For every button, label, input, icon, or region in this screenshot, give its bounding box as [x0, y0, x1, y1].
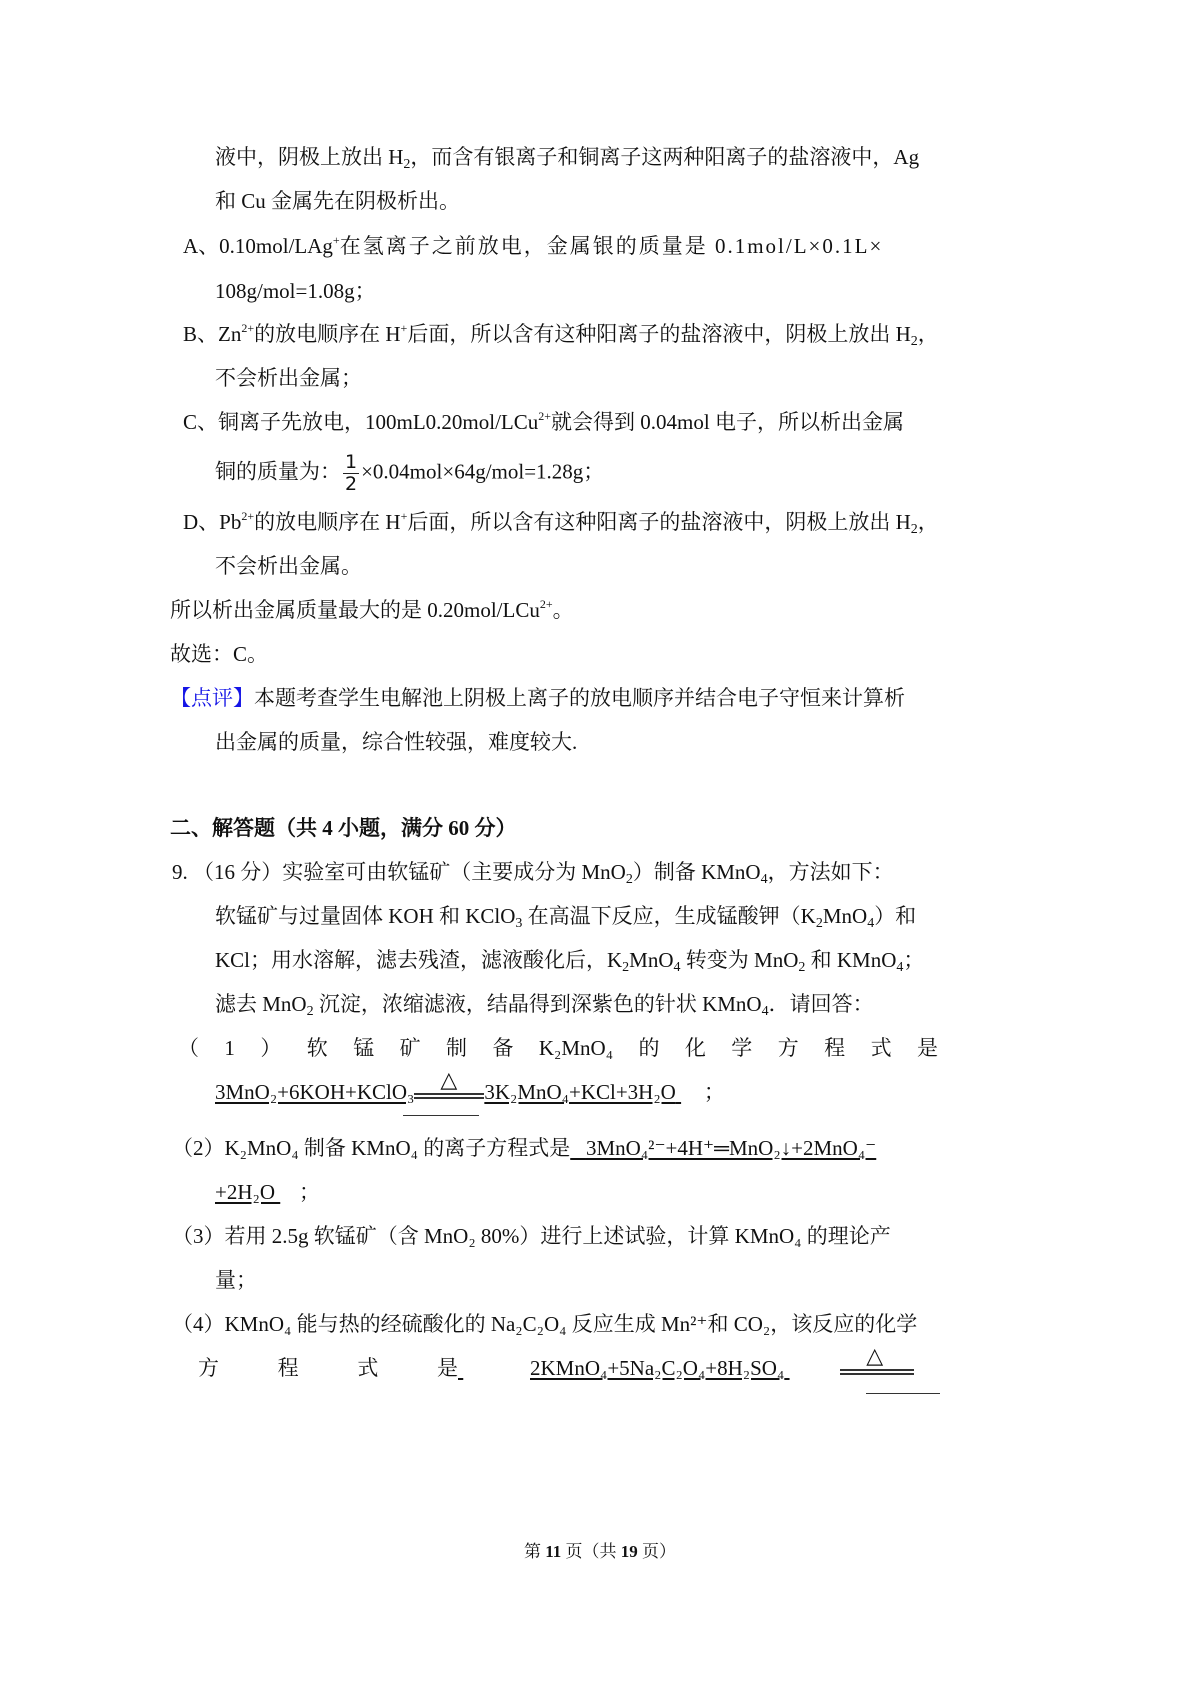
text: ，方法如下： — [768, 860, 894, 884]
spread-char: （ — [178, 1034, 199, 1062]
text: 本题考查学生电解池上阴极上离子的放电顺序并结合电子守恒来计算析 — [254, 686, 905, 710]
text: A、0.10mol/LAg — [183, 234, 333, 258]
text: 的放电顺序在 H — [254, 322, 400, 346]
text: ； — [704, 1080, 725, 1104]
document-page: 液中，阴极上放出 H2，而含有银离子和铜离子这两种阳离子的盐溶液中，Ag 和 C… — [0, 0, 1200, 1698]
spread-char: 学 — [731, 1034, 752, 1062]
option-c-line-2: 铜的质量为：12×0.04mol×64g/mol=1.28g； — [215, 452, 604, 495]
sub-question-2: （2）K₂MnO₄ 制备 KMnO₄ 的离子方程式是 3MnO₄²⁻+4H⁺═M… — [172, 1134, 876, 1162]
option-a-line-2: 108g/mol=1.08g； — [215, 277, 376, 305]
text: MnO — [629, 948, 673, 972]
question-9-stem-4: 滤去 MnO2 沉淀，浓缩滤液，结晶得到深紫色的针状 KMnO4．请回答： — [215, 990, 874, 1018]
text: 二、解答题（共 4 小题，满分 60 分） — [170, 816, 517, 840]
subscript: 2 — [307, 1004, 314, 1019]
superscript: 2+ — [538, 409, 551, 423]
spread-char: 矿 — [400, 1034, 421, 1062]
option-c: C、铜离子先放电，100mL0.20mol/LCu2+就会得到 0.04mol … — [183, 408, 904, 436]
sub-question-4-line-2: 方程式是 2KMnO₄+5Na₂C₂O₄+8H₂SO₄ △ — [198, 1354, 943, 1382]
section-heading: 二、解答题（共 4 小题，满分 60 分） — [170, 814, 517, 842]
text: ．请回答： — [769, 992, 874, 1016]
spread-char: 1 — [224, 1034, 235, 1062]
text: 后面，所以含有这种阳离子的盐溶液中，阴极上放出 H — [407, 510, 910, 534]
spread-char: 方 — [198, 1354, 219, 1382]
text: 页（共 — [561, 1542, 621, 1561]
answer-text: 3MnO₄²⁻+4H⁺═MnO₂↓+2MnO₄⁻ — [586, 1136, 876, 1160]
superscript: 2+ — [241, 509, 254, 523]
spread-char: K₂MnO₄ — [539, 1034, 613, 1062]
text: ， — [918, 322, 939, 346]
spread-char: 式 — [357, 1354, 378, 1382]
text: 和 KMnO — [805, 948, 896, 972]
text: 不会析出金属； — [215, 366, 362, 390]
intro-line-2: 和 Cu 金属先在阴极析出。 — [215, 187, 460, 215]
subscript: 2 — [911, 334, 918, 349]
sub-question-2-line-2: +2H₂O ； — [215, 1178, 320, 1206]
text: 的放电顺序在 H — [254, 510, 400, 534]
spread-char: 是 — [437, 1354, 458, 1382]
question-score: （16 分） — [193, 860, 282, 884]
answer-blank — [570, 1136, 586, 1160]
answer-blank — [784, 1354, 840, 1382]
sub-question-4: （4）KMnO₄ 能与热的经硫酸化的 Na₂C₂O₄ 反应生成 Mn²⁺和 CO… — [172, 1310, 917, 1338]
spread-char: 程 — [824, 1034, 845, 1062]
text: 。 — [553, 598, 574, 622]
subscript: 2 — [911, 522, 918, 537]
spread-char: 制 — [446, 1034, 467, 1062]
total-pages: 19 — [621, 1542, 638, 1561]
text: ）和 — [874, 904, 916, 928]
question-number: 9. — [172, 860, 188, 884]
option-a: A、0.10mol/LAg+在氢离子之前放电，金属银的质量是 0.1mol/L×… — [183, 232, 883, 260]
option-d: D、Pb2+的放电顺序在 H+后面，所以含有这种阳离子的盐溶液中，阴极上放出 H… — [183, 508, 939, 536]
question-9-stem-3: KCl；用水溶解，滤去残渣，滤液酸化后，K2MnO4 转变为 MnO2 和 KM… — [215, 946, 924, 974]
text: D、Pb — [183, 510, 241, 534]
superscript: + — [333, 233, 340, 247]
text: KCl；用水溶解，滤去残渣，滤液酸化后，K — [215, 948, 622, 972]
answer-blank — [275, 1178, 299, 1206]
text: 页） — [638, 1542, 676, 1561]
text: ）制备 KMnO — [633, 860, 761, 884]
superscript: 2+ — [241, 321, 254, 335]
fraction-numerator: 1 — [343, 452, 359, 474]
question-9-stem-2: 软锰矿与过量固体 KOH 和 KClO3 在高温下反应，生成锰酸钾（K2MnO4… — [215, 902, 916, 930]
spread-char: 备 — [492, 1034, 513, 1062]
text: B、Zn — [183, 322, 241, 346]
comment: 【点评】本题考查学生电解池上阴极上离子的放电顺序并结合电子守恒来计算析 — [170, 684, 905, 712]
spread-char: 锰 — [353, 1034, 374, 1062]
spread-char: 软 — [307, 1034, 328, 1062]
intro-line-1: 液中，阴极上放出 H2，而含有银离子和铜离子这两种阳离子的盐溶液中，Ag — [215, 143, 919, 171]
text: （4）KMnO₄ 能与热的经硫酸化的 Na₂C₂O₄ 反应生成 Mn²⁺和 CO… — [172, 1312, 917, 1336]
blank-underline — [403, 1115, 479, 1116]
question-9-stem-1: 9. （16 分）实验室可由软锰矿（主要成分为 MnO2）制备 KMnO4，方法… — [172, 858, 894, 886]
answer-text: 2KMnO₄+5Na₂C₂O₄+8H₂SO₄ — [530, 1356, 784, 1380]
conclusion: 所以析出金属质量最大的是 0.20mol/LCu2+。 — [170, 596, 574, 624]
spread-char: ） — [260, 1034, 281, 1062]
text: 108g/mol=1.08g； — [215, 279, 376, 303]
comment-label: 【点评】 — [170, 686, 254, 710]
sub-question-1-answer: 3MnO₂+6KOH+KClO₃△3K₂MnO₄+KCl+3H₂O ； — [215, 1078, 725, 1106]
subscript: 4 — [674, 960, 681, 975]
text: ； — [903, 948, 924, 972]
blank-underline — [866, 1393, 940, 1394]
fraction: 12 — [343, 452, 359, 495]
spread-char: 是 — [917, 1034, 938, 1062]
spread-char: 化 — [685, 1034, 706, 1062]
text: 转变为 MnO — [681, 948, 799, 972]
text: 液中，阴极上放出 H — [215, 145, 403, 169]
option-b: B、Zn2+的放电顺序在 H+后面，所以含有这种阳离子的盐溶液中，阴极上放出 H… — [183, 320, 939, 348]
delta-icon: △ — [866, 1346, 883, 1368]
text: （3）若用 2.5g 软锰矿（含 MnO₂ 80%）进行上述试验，计算 KMnO… — [172, 1224, 891, 1248]
text: 量； — [215, 1268, 257, 1292]
text: 实验室可由软锰矿（主要成分为 MnO — [282, 860, 626, 884]
sub-question-3-line-2: 量； — [215, 1266, 257, 1294]
text: 铜的质量为： — [215, 459, 341, 483]
text: C、铜离子先放电，100mL0.20mol/LCu — [183, 410, 538, 434]
answer-text: +2H₂O — [215, 1180, 275, 1204]
subscript: 4 — [761, 872, 768, 887]
text: 故选：C。 — [170, 642, 268, 666]
subscript: 4 — [762, 1004, 769, 1019]
text: ，而含有银离子和铜离子这两种阳离子的盐溶液中，Ag — [410, 145, 919, 169]
answer-text: 3MnO₂+6KOH+KClO₃ — [215, 1080, 414, 1104]
text: 第 — [524, 1542, 545, 1561]
answer: 故选：C。 — [170, 640, 268, 668]
text: 在高温下反应，生成锰酸钾（K — [522, 904, 815, 928]
text: ， — [918, 510, 939, 534]
text: 就会得到 0.04mol 电子，所以析出金属 — [551, 410, 904, 434]
heating-condition-arrow: △ — [840, 1354, 914, 1382]
comment-line-2: 出金属的质量，综合性较强，难度较大. — [215, 728, 577, 756]
text: 所以析出金属质量最大的是 0.20mol/LCu — [170, 598, 540, 622]
superscript: 2+ — [540, 597, 553, 611]
page-footer: 第 11 页（共 19 页） — [0, 1537, 1200, 1562]
heating-condition-arrow: △ — [414, 1078, 484, 1106]
subscript: 2 — [816, 916, 823, 931]
answer-text: 3K₂MnO₄+KCl+3H₂O — [484, 1080, 676, 1104]
option-b-line-2: 不会析出金属； — [215, 364, 362, 392]
text: 出金属的质量，综合性较强，难度较大. — [215, 730, 577, 754]
text: 滤去 MnO — [215, 992, 307, 1016]
subscript: 2 — [626, 872, 633, 887]
answer-blank — [676, 1078, 704, 1106]
text: 在氢离子之前放电，金属银的质量是 0.1mol/L×0.1L× — [340, 234, 884, 258]
spread-char: 程 — [278, 1354, 299, 1382]
text: 软锰矿与过量固体 KOH 和 KClO — [215, 904, 515, 928]
spread-char: 的 — [638, 1034, 659, 1062]
text: 后面，所以含有这种阳离子的盐溶液中，阴极上放出 H — [407, 322, 910, 346]
text: 沉淀，浓缩滤液，结晶得到深紫色的针状 KMnO — [314, 992, 762, 1016]
text: 和 Cu 金属先在阴极析出。 — [215, 189, 460, 213]
answer-blank — [458, 1354, 530, 1382]
text: MnO — [823, 904, 867, 928]
spread-char: 方 — [778, 1034, 799, 1062]
sub-question-3: （3）若用 2.5g 软锰矿（含 MnO₂ 80%）进行上述试验，计算 KMnO… — [172, 1222, 891, 1250]
fraction-denominator: 2 — [343, 474, 359, 495]
text: ； — [299, 1180, 320, 1204]
sub-question-1: （1）软锰矿制备K₂MnO₄的化学方程式是 — [178, 1034, 938, 1062]
text: ×0.04mol×64g/mol=1.28g； — [361, 459, 604, 483]
delta-icon: △ — [440, 1070, 457, 1092]
text: 不会析出金属。 — [215, 554, 362, 578]
sub-question-1-spread: （1）软锰矿制备K₂MnO₄的化学方程式是 — [178, 1034, 938, 1062]
spread-label: 方程式是 — [198, 1354, 458, 1382]
spread-char: 式 — [871, 1034, 892, 1062]
option-d-line-2: 不会析出金属。 — [215, 552, 362, 580]
text: （2）K₂MnO₄ 制备 KMnO₄ 的离子方程式是 — [172, 1136, 570, 1160]
page-number: 11 — [545, 1542, 561, 1561]
